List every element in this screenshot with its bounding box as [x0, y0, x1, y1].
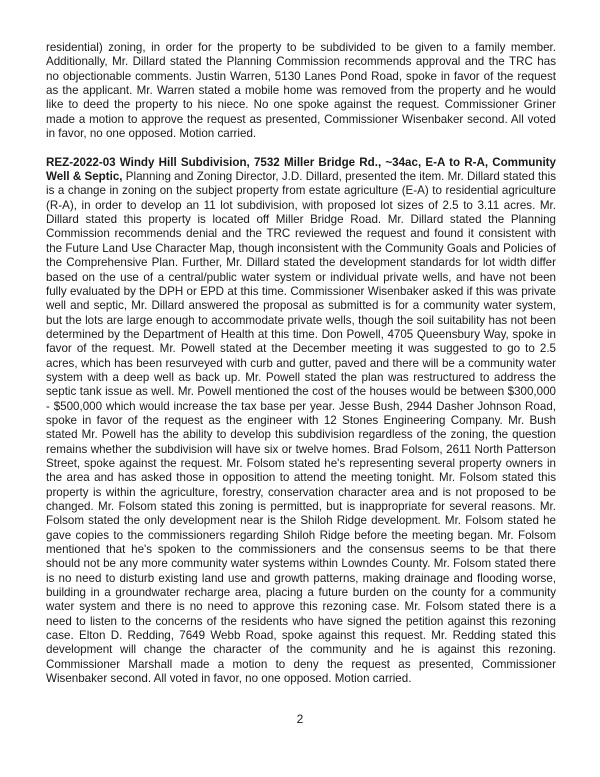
- document-page: residential) zoning, in order for the pr…: [46, 41, 556, 686]
- paragraph-rez-2022-03: REZ-2022-03 Windy Hill Subdivision, 7532…: [46, 156, 556, 687]
- page-number: 2: [0, 712, 600, 726]
- paragraph-prior-item-conclusion: residential) zoning, in order for the pr…: [46, 41, 556, 141]
- paragraph-text: Planning and Zoning Director, J.D. Dilla…: [46, 170, 556, 685]
- paragraph-text: residential) zoning, in order for the pr…: [46, 41, 556, 140]
